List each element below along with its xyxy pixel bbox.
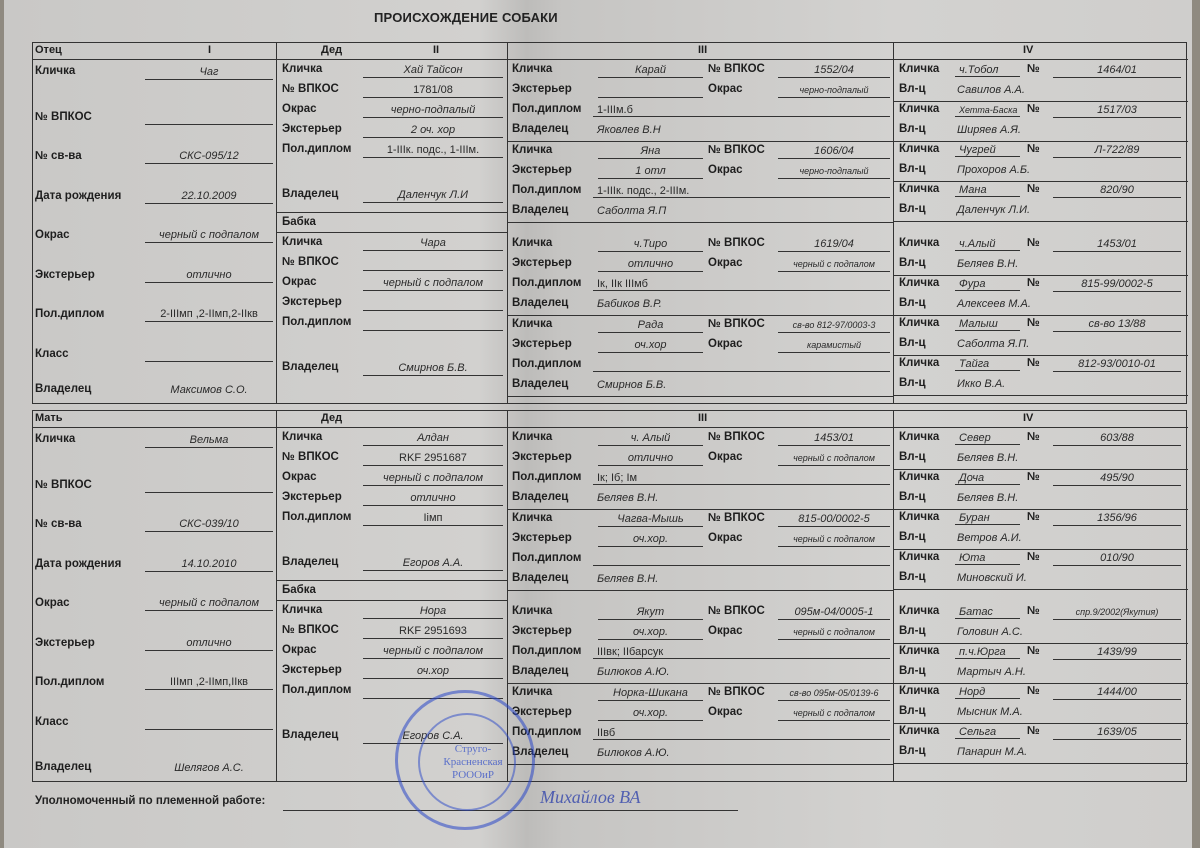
label-diplom: Пол.диплом: [35, 676, 104, 688]
label-klichka: Кличка: [899, 551, 939, 563]
gen4-owner: Савилов А.А.: [953, 83, 1183, 97]
label-no: №: [1027, 63, 1040, 75]
label-klichka: Кличка: [899, 605, 939, 617]
label-no: №: [1027, 551, 1040, 563]
label-klichka: Кличка: [899, 357, 939, 369]
mother-name: Вельма: [145, 433, 273, 448]
label-okras: Окрас: [282, 471, 317, 483]
mother-okras: черный с подпалом: [145, 596, 273, 611]
grandmother-heading: Бабка: [282, 584, 316, 596]
gen3-diplom: IIIвк; IIбарсук: [593, 645, 890, 659]
gen3-diplom: [593, 358, 890, 372]
label-okras: Окрас: [708, 532, 743, 544]
gen3-vpkos: 1619/04: [778, 237, 890, 252]
gen3-exterior: отлично: [598, 257, 703, 272]
grandmother-owner: Смирнов Б.В.: [363, 361, 503, 376]
row-divider: [277, 600, 508, 601]
label-diplom: Пол.диплом: [512, 552, 581, 564]
row-divider: [508, 509, 894, 510]
gen3-name: Рада: [598, 318, 703, 333]
gen-header-iii: III: [698, 412, 707, 424]
label-owner: Владелец: [512, 491, 568, 503]
grandmother-name: Нора: [363, 604, 503, 619]
gen4-name: ч.Алый: [955, 237, 1020, 251]
label-okras: Окрас: [708, 257, 743, 269]
label-owner: Владелец: [282, 729, 338, 741]
label-owner-short: Вл-ц: [899, 163, 926, 175]
row-divider: [277, 212, 508, 213]
gen3-exterior: [598, 83, 703, 98]
gen3-vpkos: 095м-04/0005-1: [778, 605, 890, 620]
gen4-name: Чугрей: [955, 143, 1020, 157]
gen4-owner: Мартыч А.Н.: [953, 665, 1183, 679]
label-klichka: Кличка: [899, 237, 939, 249]
row-divider: [508, 396, 894, 397]
grandfather-owner: Егоров А.А.: [363, 556, 503, 571]
gen-header-iv: IV: [1023, 412, 1033, 424]
gen4-owner: Ширяев А.Я.: [953, 123, 1183, 137]
father-okras: черный с подпалом: [145, 228, 273, 243]
gen4-owner: Беляев В.Н.: [953, 451, 1183, 465]
label-no: №: [1027, 183, 1040, 195]
mother-dob: 14.10.2010: [145, 557, 273, 572]
grandfather-exterior: отлично: [363, 491, 503, 506]
label-exterior: Экстерьер: [282, 664, 342, 676]
label-exterior: Экстерьер: [512, 532, 572, 544]
label-klichka: Кличка: [899, 511, 939, 523]
gen4-number: 1464/01: [1053, 63, 1181, 78]
label-klichka: Кличка: [282, 431, 322, 443]
row-divider: [894, 589, 1188, 590]
gen3-exterior: оч.хор.: [598, 706, 703, 721]
label-diplom: Пол.диплом: [282, 143, 351, 155]
label-owner-short: Вл-ц: [899, 451, 926, 463]
signature: Михайлов ВА: [540, 787, 640, 808]
label-vpkos: № ВПКОС: [282, 451, 339, 463]
label-diplom: Пол.диплом: [512, 103, 581, 115]
label-klichka: Кличка: [35, 65, 75, 77]
row-divider: [894, 469, 1188, 470]
gen4-number: 495/90: [1053, 471, 1181, 486]
label-klichka: Кличка: [512, 237, 552, 249]
label-exterior: Экстерьер: [512, 257, 572, 269]
gen4-number: 815-99/0002-5: [1053, 277, 1181, 292]
label-diplom: Пол.диплом: [282, 684, 351, 696]
row-divider: [894, 723, 1188, 724]
father-vpkos: [145, 110, 273, 125]
label-vpkos: № ВПКОС: [35, 479, 92, 491]
grandfather-heading: Дед: [321, 412, 342, 424]
row-divider: [894, 509, 1188, 510]
father-owner: Максимов С.О.: [145, 383, 273, 397]
label-okras: Окрас: [708, 451, 743, 463]
gen3-exterior: оч.хор.: [598, 625, 703, 640]
label-vpkos: № ВПКОС: [708, 512, 765, 524]
label-klichka: Кличка: [899, 183, 939, 195]
gen3-name: Чагва-Мышь: [598, 512, 703, 527]
label-klichka: Кличка: [899, 645, 939, 657]
gen4-owner: Головин А.С.: [953, 625, 1183, 639]
label-owner: Владелец: [512, 204, 568, 216]
label-vpkos: № ВПКОС: [708, 237, 765, 249]
label-diplom: Пол.диплом: [512, 358, 581, 370]
gen3-vpkos: 1606/04: [778, 144, 890, 159]
label-no: №: [1027, 471, 1040, 483]
row-divider: [894, 355, 1188, 356]
gen4-owner: Алексеев М.А.: [953, 297, 1183, 311]
gen3-diplom: Iк, IIк IIIмб: [593, 277, 890, 291]
footer-label: Уполномоченный по племенной работе:: [35, 795, 265, 807]
gen3-name: ч.Тиро: [598, 237, 703, 252]
gen3-vpkos: 1552/04: [778, 63, 890, 78]
label-okras: Окрас: [708, 706, 743, 718]
gen3-exterior: отлично: [598, 451, 703, 466]
row-divider: [894, 181, 1188, 182]
label-klichka: Кличка: [512, 605, 552, 617]
mother-klass: [145, 715, 273, 730]
father-klass: [145, 347, 273, 362]
gen4-number: 820/90: [1053, 183, 1181, 198]
label-no: №: [1027, 277, 1040, 289]
label-klichka: Кличка: [899, 685, 939, 697]
gen3-okras: черно-подпалый: [778, 83, 890, 98]
label-exterior: Экстерьер: [512, 625, 572, 637]
gen4-number: 1453/01: [1053, 237, 1181, 252]
gen3-vpkos: 1453/01: [778, 431, 890, 446]
label-okras: Окрас: [282, 276, 317, 288]
row-divider: [508, 315, 894, 316]
grandfather-exterior: 2 оч. хор: [363, 123, 503, 138]
gen4-name: ч.Тобол: [955, 63, 1020, 77]
label-owner-short: Вл-ц: [899, 705, 926, 717]
label-klichka: Кличка: [512, 512, 552, 524]
gen4-owner: Миновский И.: [953, 571, 1183, 585]
mother-vpkos: [145, 478, 273, 493]
document-title: ПРОИСХОЖДЕНИЕ СОБАКИ: [374, 10, 558, 25]
label-vpkos: № ВПКОС: [708, 144, 765, 156]
row-divider: [894, 101, 1188, 102]
label-owner-short: Вл-ц: [899, 257, 926, 269]
label-klichka: Кличка: [282, 63, 322, 75]
grandmother-okras: черный с подпалом: [363, 644, 503, 659]
label-no: №: [1027, 645, 1040, 657]
label-klichka: Кличка: [899, 725, 939, 737]
label-owner: Владелец: [512, 123, 568, 135]
father-exterior: отлично: [145, 268, 273, 283]
grandfather-okras: черно-подпалый: [363, 103, 503, 118]
label-owner-short: Вл-ц: [899, 377, 926, 389]
gen3-diplom: 1-IIIм.б: [593, 103, 890, 117]
label-diplom: Пол.диплом: [512, 184, 581, 196]
mother-exterior: отлично: [145, 636, 273, 651]
gen4-number: 603/88: [1053, 431, 1181, 446]
grandfather-name: Алдан: [363, 431, 503, 446]
label-klichka: Кличка: [512, 431, 552, 443]
gen4-name: Фура: [955, 277, 1020, 291]
label-owner-short: Вл-ц: [899, 491, 926, 503]
label-klichka: Кличка: [899, 471, 939, 483]
label-vpkos: № ВПКОС: [35, 111, 92, 123]
gen-header-iii: III: [698, 44, 707, 56]
gen3-exterior: 1 отл: [598, 164, 703, 179]
gen3-diplom: 1-IIIк. подс., 2-IIIм.: [593, 184, 890, 198]
label-owner-short: Вл-ц: [899, 203, 926, 215]
mother-owner: Шелягов А.С.: [145, 761, 273, 775]
label-klichka: Кличка: [512, 318, 552, 330]
row-divider: [508, 590, 894, 591]
label-klichka: Кличка: [512, 686, 552, 698]
father-name: Чаг: [145, 65, 273, 80]
gen4-owner: Прохоров А.Б.: [953, 163, 1183, 177]
grandfather-diplom: Iiмп: [363, 511, 503, 526]
label-vpkos: № ВПКОС: [708, 318, 765, 330]
gen3-okras: черный с подпалом: [778, 625, 890, 640]
gen4-name: Мана: [955, 183, 1020, 197]
label-okras: Окрас: [35, 597, 70, 609]
grandfather-name: Хай Тайсон: [363, 63, 503, 78]
label-klichka: Кличка: [899, 63, 939, 75]
grandfather-vpkos: RKF 2951687: [363, 451, 503, 466]
label-owner: Владелец: [35, 761, 91, 773]
label-exterior: Экстерьер: [282, 296, 342, 308]
label-no: №: [1027, 725, 1040, 737]
official-stamp: Струго-Красненская РОООиР: [395, 690, 535, 830]
label-klichka: Кличка: [282, 604, 322, 616]
label-klichka: Кличка: [899, 103, 939, 115]
gen3-name: ч. Алый: [598, 431, 703, 446]
gen3-owner: Беляев В.Н.: [593, 572, 890, 586]
row-divider: [508, 141, 894, 142]
gen4-number: 010/90: [1053, 551, 1181, 566]
label-vpkos: № ВПКОС: [282, 83, 339, 95]
gen4-number: 1439/99: [1053, 645, 1181, 660]
gen4-owner: Саболта Я.П.: [953, 337, 1183, 351]
label-klichka: Кличка: [512, 63, 552, 75]
grandfather-vpkos: 1781/08: [363, 83, 503, 98]
row-divider: [894, 683, 1188, 684]
gen4-name: п.ч.Юрга: [955, 645, 1020, 659]
label-okras: Окрас: [282, 644, 317, 656]
gen3-vpkos: св-во 095м-05/0139-6: [778, 686, 890, 701]
father-dob: 22.10.2009: [145, 189, 273, 204]
gen3-diplom: [593, 552, 890, 566]
father-diplom: 2-IIIмп ,2-IIмп,2-IIкв: [145, 307, 273, 322]
gen3-owner: Смирнов Б.В.: [593, 378, 890, 392]
father-sv: СКС-095/12: [145, 149, 273, 164]
row-divider: [508, 764, 894, 765]
gen4-name: Буран: [955, 511, 1020, 525]
gen3-owner: Билюков А.Ю.: [593, 746, 890, 760]
father-heading: Отец: [35, 44, 62, 56]
label-owner: Владелец: [512, 665, 568, 677]
label-vpkos: № ВПКОС: [708, 431, 765, 443]
gen4-number: 1356/96: [1053, 511, 1181, 526]
grandmother-heading: Бабка: [282, 216, 316, 228]
label-owner-short: Вл-ц: [899, 297, 926, 309]
label-owner-short: Вл-ц: [899, 123, 926, 135]
label-owner: Владелец: [282, 188, 338, 200]
gen3-owner: Билюков А.Ю.: [593, 665, 890, 679]
label-okras: Окрас: [708, 625, 743, 637]
label-diplom: Пол.диплом: [512, 645, 581, 657]
label-owner-short: Вл-ц: [899, 625, 926, 637]
gen4-name: Хетта-Баска: [955, 103, 1020, 117]
label-exterior: Экстерьер: [35, 637, 95, 649]
label-vpkos: № ВПКОС: [708, 686, 765, 698]
grandfather-heading: Дед: [321, 44, 342, 56]
gen4-owner: Даленчук Л.И.: [953, 203, 1183, 217]
label-diplom: Пол.диплом: [512, 277, 581, 289]
gen4-name: Норд: [955, 685, 1020, 699]
label-vpkos: № ВПКОС: [282, 624, 339, 636]
row-divider: [508, 222, 894, 223]
label-no: №: [1027, 357, 1040, 369]
label-diplom: Пол.диплом: [282, 511, 351, 523]
row-divider: [277, 580, 508, 581]
gen4-owner: Беляев В.Н.: [953, 491, 1183, 505]
mother-heading: Мать: [35, 412, 63, 424]
row-divider: [894, 643, 1188, 644]
gen4-number: св-во 13/88: [1053, 317, 1181, 332]
label-klass: Класс: [35, 348, 69, 360]
gen3-owner: Саболта Я.П: [593, 204, 890, 218]
label-owner-short: Вл-ц: [899, 665, 926, 677]
label-klichka: Кличка: [512, 144, 552, 156]
row-divider: [508, 683, 894, 684]
mother-sv: СКС-039/10: [145, 517, 273, 532]
label-diplom: Пол.диплом: [282, 316, 351, 328]
gen3-okras: черно-подпалый: [778, 164, 890, 179]
gen3-okras: черный с подпалом: [778, 451, 890, 466]
gen3-diplom: Iк; Iб; Iм: [593, 471, 890, 485]
gen3-okras: черный с подпалом: [778, 532, 890, 547]
label-owner-short: Вл-ц: [899, 745, 926, 757]
stamp-text: Струго-Красненская РОООиР: [428, 743, 518, 782]
label-owner-short: Вл-ц: [899, 83, 926, 95]
label-exterior: Экстерьер: [512, 83, 572, 95]
label-owner: Владелец: [282, 361, 338, 373]
row-divider: [33, 59, 1188, 60]
label-exterior: Экстерьер: [512, 164, 572, 176]
mother-section: МатьДедIIIIVКличкаВельма№ ВПКОС№ св-ваСК…: [32, 410, 1187, 782]
grandmother-okras: черный с подпалом: [363, 276, 503, 291]
gen3-owner: Бабиков В.Р.: [593, 297, 890, 311]
gen3-okras: черный с подпалом: [778, 706, 890, 721]
gen4-number: Л-722/89: [1053, 143, 1181, 158]
label-no: №: [1027, 685, 1040, 697]
label-klichka: Кличка: [899, 317, 939, 329]
row-divider: [894, 395, 1188, 396]
label-vpkos: № ВПКОС: [708, 63, 765, 75]
label-okras: Окрас: [708, 164, 743, 176]
label-okras: Окрас: [35, 229, 70, 241]
mother-diplom: IIIмп ,2-IIмп,IIкв: [145, 675, 273, 690]
label-exterior: Экстерьер: [512, 451, 572, 463]
label-diplom: Пол.диплом: [35, 308, 104, 320]
gen4-owner: Ветров А.И.: [953, 531, 1183, 545]
label-diplom: Пол.диплом: [512, 471, 581, 483]
label-owner: Владелец: [512, 297, 568, 309]
grandmother-vpkos: RKF 2951693: [363, 624, 503, 639]
grandmother-name: Чара: [363, 236, 503, 251]
gen3-name: Карай: [598, 63, 703, 78]
grandmother-diplom: [363, 316, 503, 331]
row-divider: [33, 427, 1188, 428]
label-vpkos: № ВПКОС: [708, 605, 765, 617]
grandfather-okras: черный с подпалом: [363, 471, 503, 486]
gen3-owner: Беляев В.Н.: [593, 491, 890, 505]
gen3-okras: карамистый: [778, 338, 890, 353]
gen4-name: Юта: [955, 551, 1020, 565]
label-no: №: [1027, 143, 1040, 155]
label-exterior: Экстерьер: [512, 338, 572, 350]
label-klichka: Кличка: [899, 431, 939, 443]
label-owner: Владелец: [282, 556, 338, 568]
label-owner: Владелец: [512, 378, 568, 390]
gen4-number: 812-93/0010-01: [1053, 357, 1181, 372]
gen4-name: Тайга: [955, 357, 1020, 371]
label-okras: Окрас: [282, 103, 317, 115]
label-exterior: Экстерьер: [35, 269, 95, 281]
row-divider: [277, 232, 508, 233]
gen3-okras: черный с подпалом: [778, 257, 890, 272]
label-owner-short: Вл-ц: [899, 571, 926, 583]
grandmother-exterior: [363, 296, 503, 311]
gen3-exterior: оч.хор.: [598, 532, 703, 547]
gen4-name: Сельга: [955, 725, 1020, 739]
gen3-name: Норка-Шикана: [598, 686, 703, 701]
label-klass: Класс: [35, 716, 69, 728]
label-sv: № св-ва: [35, 518, 82, 530]
label-sv: № св-ва: [35, 150, 82, 162]
gen4-name: Малыш: [955, 317, 1020, 331]
label-no: №: [1027, 237, 1040, 249]
row-divider: [894, 141, 1188, 142]
gen3-name: Якут: [598, 605, 703, 620]
label-dob: Дата рождения: [35, 558, 121, 570]
gen4-number: 1517/03: [1053, 103, 1181, 118]
gen4-owner: Беляев В.Н.: [953, 257, 1183, 271]
gen-header-iv: IV: [1023, 44, 1033, 56]
label-exterior: Экстерьер: [282, 123, 342, 135]
label-owner-short: Вл-ц: [899, 531, 926, 543]
row-divider: [894, 315, 1188, 316]
row-divider: [894, 549, 1188, 550]
grandfather-owner: Даленчук Л.И: [363, 188, 503, 203]
row-divider: [894, 275, 1188, 276]
label-owner: Владелец: [35, 383, 91, 395]
father-section: ОтецIДедIIIIIIVКличкаЧаг№ ВПКОС№ св-ваСК…: [32, 42, 1187, 404]
label-no: №: [1027, 317, 1040, 329]
label-no: №: [1027, 103, 1040, 115]
gen4-number: спр.9/2002(Якутия): [1053, 605, 1181, 620]
grandfather-diplom: 1-IIIк. подс., 1-IIIм.: [363, 143, 503, 158]
gen-header-i: I: [208, 44, 211, 56]
gen3-vpkos: 815-00/0002-5: [778, 512, 890, 527]
label-okras: Окрас: [708, 83, 743, 95]
label-klichka: Кличка: [282, 236, 322, 248]
gen4-owner: Панарин М.А.: [953, 745, 1183, 759]
gen3-owner: Яковлев В.Н: [593, 123, 890, 137]
label-klichka: Кличка: [899, 143, 939, 155]
gen4-owner: Мысник М.А.: [953, 705, 1183, 719]
label-owner: Владелец: [512, 572, 568, 584]
label-okras: Окрас: [708, 338, 743, 350]
gen3-diplom: IIвб: [593, 726, 890, 740]
label-exterior: Экстерьер: [282, 491, 342, 503]
grandmother-exterior: оч.хор: [363, 664, 503, 679]
label-klichka: Кличка: [899, 277, 939, 289]
